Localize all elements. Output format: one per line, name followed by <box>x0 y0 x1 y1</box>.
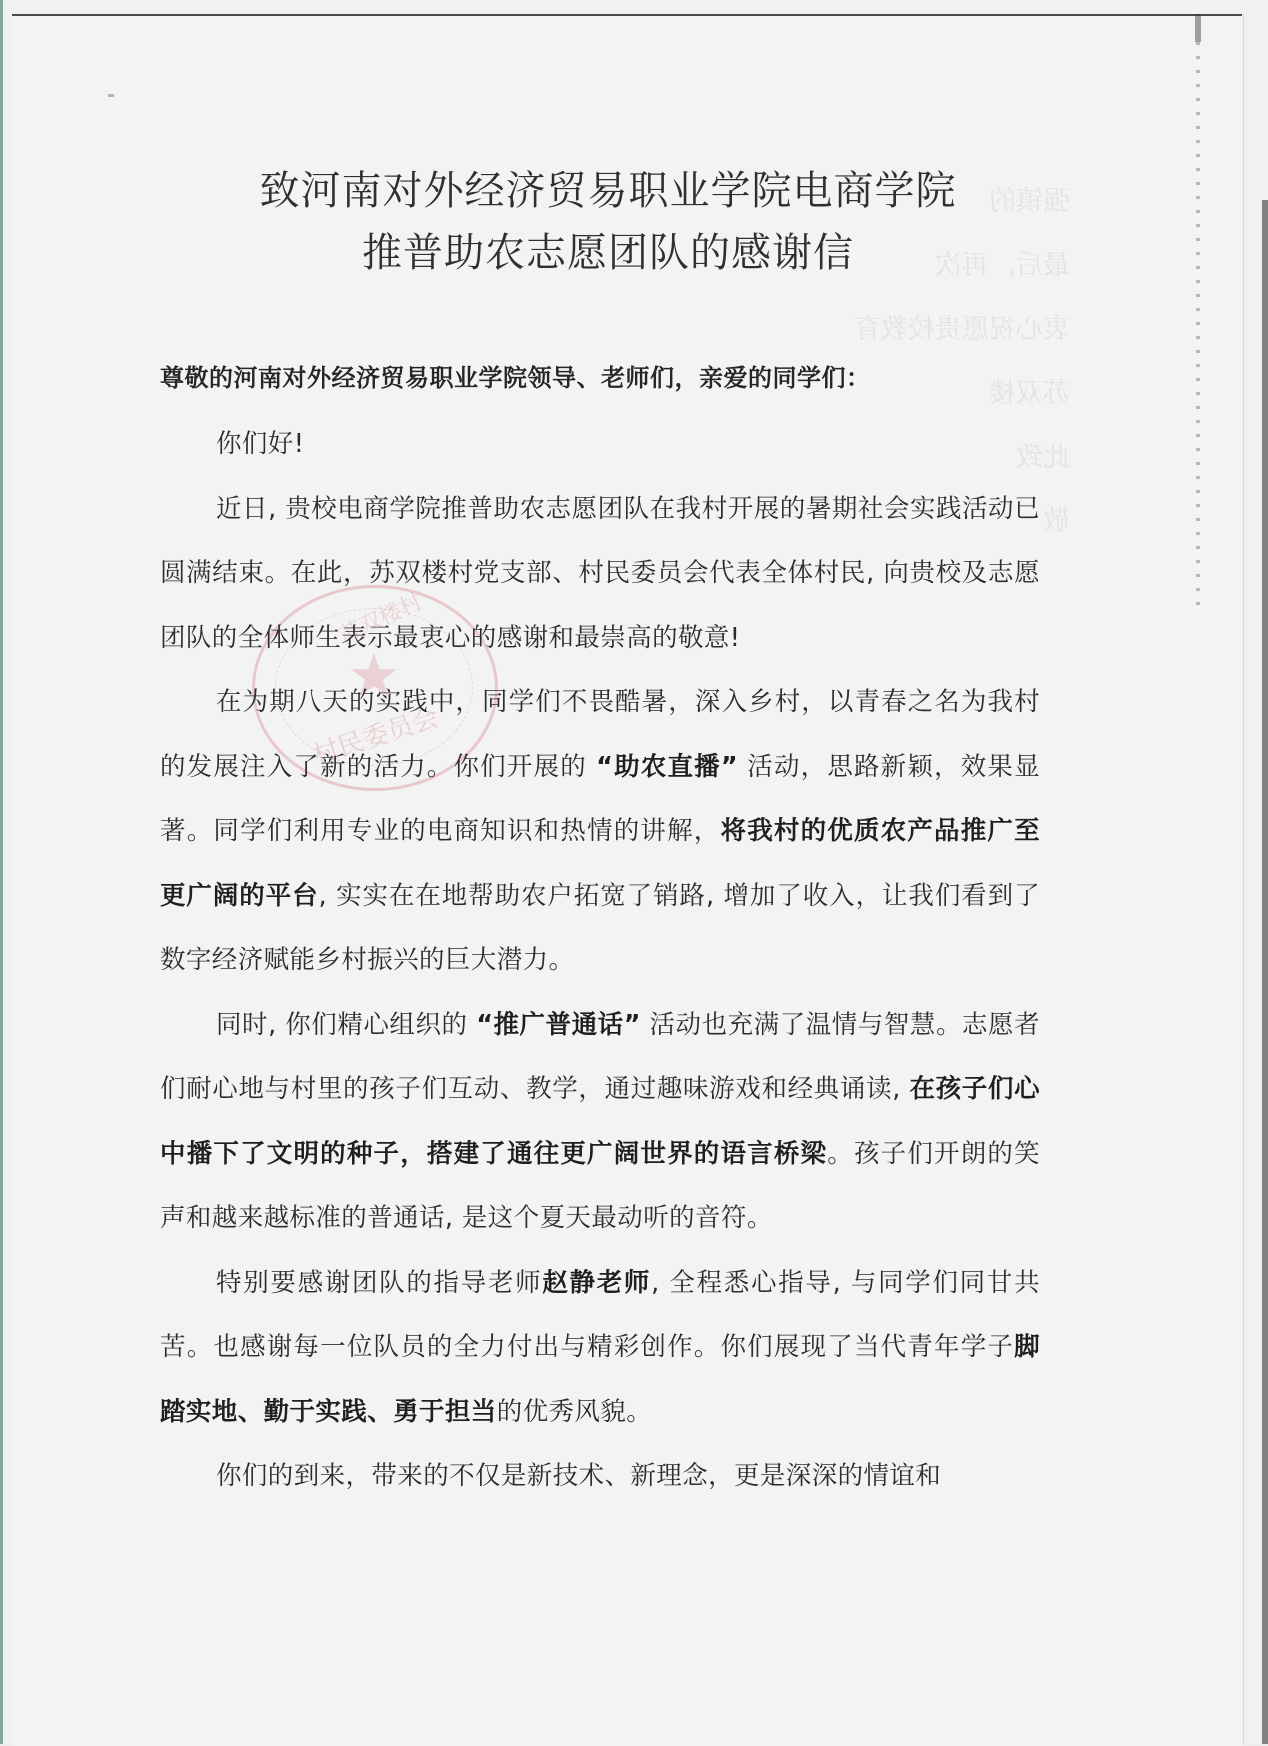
scanner-left-edge <box>0 0 3 1744</box>
salutation: 尊敬的河南对外经济贸易职业学院领导、老师们，亲爱的同学们： <box>160 358 1040 398</box>
paragraph-3: 同时, 你们精心组织的 “推广普通话” 活动也充满了温情与智慧。志愿者们耐心地与… <box>160 993 1040 1251</box>
staple-binding-mark <box>1196 14 1200 614</box>
paper-right-edge <box>1243 14 1244 1744</box>
bold-phrase: “推广普通话” <box>476 1010 641 1040</box>
bold-phrase: “助农直播” <box>596 752 738 782</box>
paragraph-2: 在为期八天的实践中，同学们不畏酷暑，深入乡村，以青春之名为我村的发展注入了新的活… <box>160 670 1040 993</box>
scanned-page: 强镇的 最后，再次 衷心祝愿贵校教育 苏双楼 此致 敬 苏双楼村 ★ 村民委员会… <box>0 0 1268 1744</box>
greeting: 你们好! <box>160 412 1040 477</box>
title-line-2: 推普助农志愿团队的感谢信 <box>198 222 1018 284</box>
letter-body: 致河南对外经济贸易职业学院电商学院 推普助农志愿团队的感谢信 尊敬的河南对外经济… <box>160 160 1040 1509</box>
paragraph-text: 的优秀风貌。 <box>497 1397 652 1427</box>
dust-speck <box>108 94 114 97</box>
paragraph-text: 你们的到来，带来的不仅是新技术、新理念，更是深深的情谊和 <box>216 1461 941 1491</box>
title-line-1: 致河南对外经济贸易职业学院电商学院 <box>198 160 1018 222</box>
paragraph-5: 你们的到来，带来的不仅是新技术、新理念，更是深深的情谊和 <box>160 1444 1040 1509</box>
paragraph-text: 同时, 你们精心组织的 <box>216 1010 476 1040</box>
paragraph-1: 近日, 贵校电商学院推普助农志愿团队在我村开展的暑期社会实践活动已圆满结束。在此… <box>160 477 1040 671</box>
paragraph-4: 特别要感谢团队的指导老师赵静老师, 全程悉心指导, 与同学们同甘共苦。也感谢每一… <box>160 1251 1040 1445</box>
bold-phrase: 赵静老师 <box>542 1268 651 1298</box>
paragraph-text: 特别要感谢团队的指导老师 <box>216 1268 542 1298</box>
letter-title: 致河南对外经济贸易职业学院电商学院 推普助农志愿团队的感谢信 <box>198 160 1018 284</box>
scanner-right-shadow <box>1262 200 1268 1744</box>
paragraph-text: 近日, 贵校电商学院推普助农志愿团队在我村开展的暑期社会实践活动已圆满结束。在此… <box>160 494 1040 653</box>
